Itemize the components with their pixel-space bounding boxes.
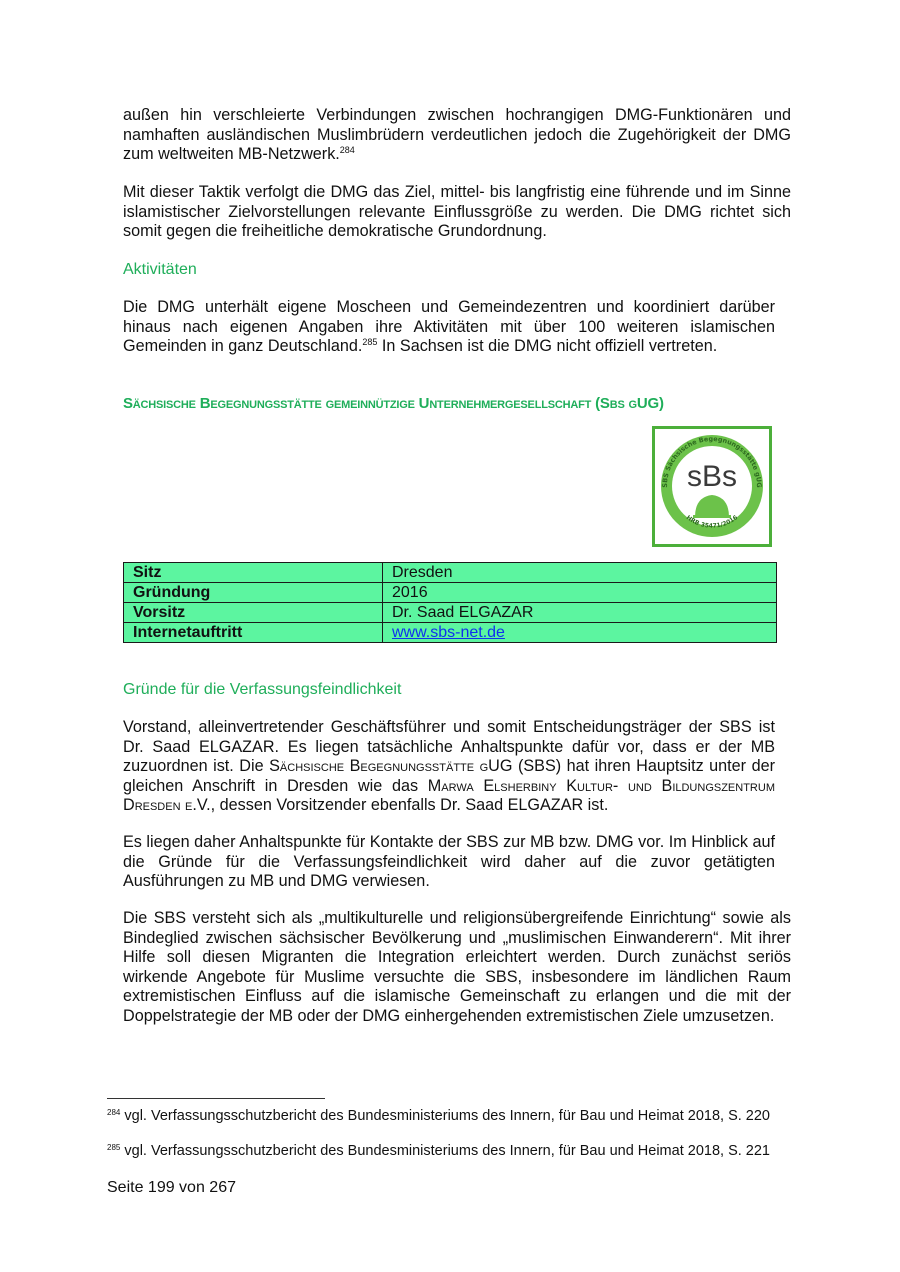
page-number: Seite 199 von 267	[107, 1179, 236, 1197]
table-value: Dr. Saad ELGAZAR	[383, 603, 777, 623]
paragraph-dmg-tactic: Mit dieser Taktik verfolgt die DMG das Z…	[123, 183, 791, 242]
table-row: Gründung 2016	[124, 583, 777, 603]
paragraph-text: In Sachsen ist die DMG nicht offiziell v…	[377, 337, 717, 355]
footnote-number: 285	[107, 1143, 120, 1152]
footnote-text: vgl. Verfassungsschutzbericht des Bundes…	[120, 1108, 770, 1124]
table-row: Vorsitz Dr. Saad ELGAZAR	[124, 603, 777, 623]
organization-info-table: Sitz Dresden Gründung 2016 Vorsitz Dr. S…	[123, 562, 777, 643]
table-key: Gründung	[124, 583, 383, 603]
sbs-logo: SBS Sächsische Begegnungsstätte gUG HRB …	[652, 426, 772, 547]
paragraph-sbs-strategy: Die SBS versteht sich als „multikulturel…	[123, 909, 791, 1026]
table-row: Sitz Dresden	[124, 563, 777, 583]
heading-activities: Aktivitäten	[123, 261, 197, 279]
footnote-number: 284	[107, 1108, 120, 1117]
footnote-284: 284 vgl. Verfassungsschutzbericht des Bu…	[107, 1108, 787, 1125]
table-value: www.sbs-net.de	[383, 623, 777, 643]
sbs-logo-graphic: SBS Sächsische Begegnungsstätte gUG HRB …	[655, 429, 769, 544]
document-page: außen hin verschleierte Verbindungen zwi…	[0, 0, 900, 1272]
table-row: Internetauftritt www.sbs-net.de	[124, 623, 777, 643]
paragraph-contacts: Es liegen daher Anhaltspunkte für Kontak…	[123, 833, 775, 892]
footnote-ref-284[interactable]: 284	[340, 145, 355, 155]
footnote-separator	[107, 1098, 325, 1099]
logo-letters: sBs	[687, 460, 737, 493]
website-link[interactable]: www.sbs-net.de	[392, 624, 505, 641]
section-title-sbs: Sächsische Begegnungsstätte gemeinnützig…	[123, 395, 664, 412]
footnote-text: vgl. Verfassungsschutzbericht des Bundes…	[120, 1143, 770, 1159]
footnote-ref-285[interactable]: 285	[362, 337, 377, 347]
paragraph-elgazar: Vorstand, alleinvertretender Geschäftsfü…	[123, 718, 775, 816]
paragraph-mb-network: außen hin verschleierte Verbindungen zwi…	[123, 106, 791, 165]
heading-reasons: Gründe für die Verfassungsfeindlichkeit	[123, 681, 401, 699]
table-value: Dresden	[383, 563, 777, 583]
table-key: Vorsitz	[124, 603, 383, 623]
table-key: Sitz	[124, 563, 383, 583]
paragraph-text: , dessen Vorsitzender ebenfalls Dr. Saad…	[211, 796, 609, 814]
table-value: 2016	[383, 583, 777, 603]
table-key: Internetauftritt	[124, 623, 383, 643]
paragraph-dmg-activities: Die DMG unterhält eigene Moscheen und Ge…	[123, 298, 775, 357]
footnote-285: 285 vgl. Verfassungsschutzbericht des Bu…	[107, 1143, 787, 1160]
paragraph-text: außen hin verschleierte Verbindungen zwi…	[123, 106, 791, 163]
org-name-sbs: Sächsische Begegnungsstätte gUG	[269, 757, 512, 775]
